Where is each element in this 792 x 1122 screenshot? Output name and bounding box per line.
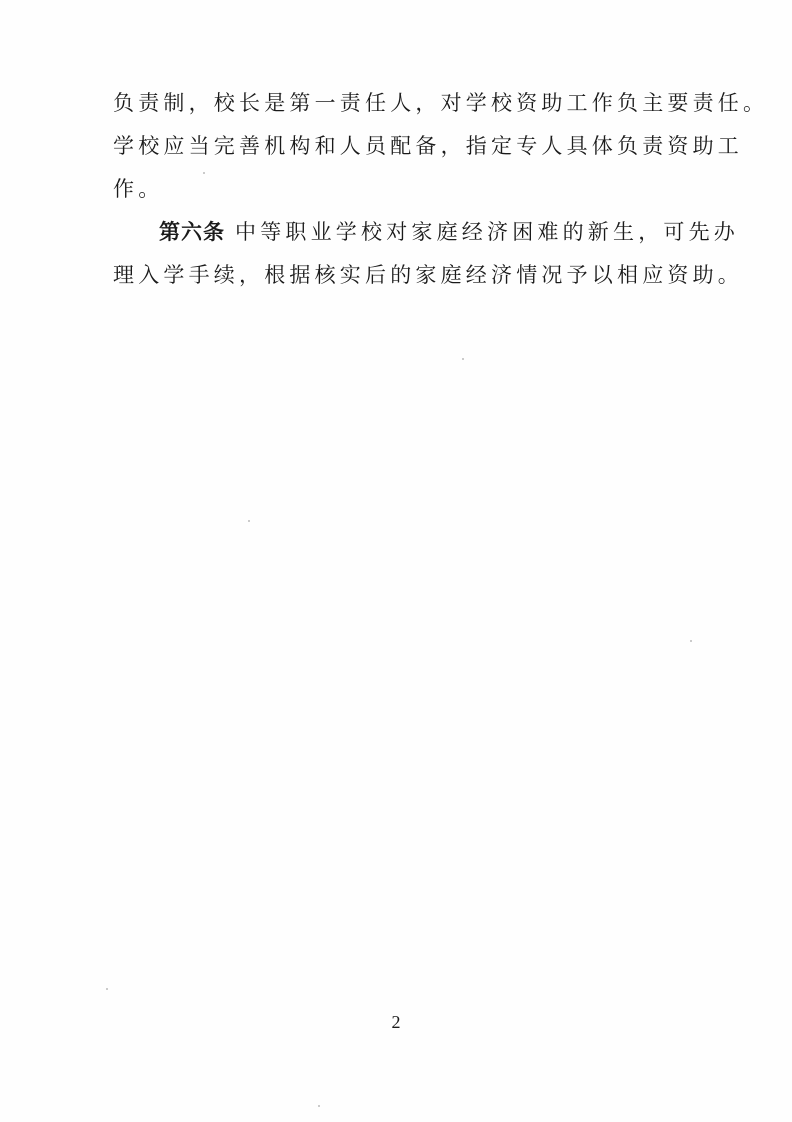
scan-speck — [248, 520, 250, 522]
page-number: 2 — [0, 1012, 792, 1033]
article-6-text: 中等职业学校对家庭经济困难的新生，可先办 — [235, 220, 739, 244]
document-body: 负责制，校长是第一责任人，对学校资助工作负主要责任。 学校应当完善机构和人员配备… — [113, 82, 683, 297]
scan-speck — [318, 1105, 320, 1107]
article-6-first-line: 第六条中等职业学校对家庭经济困难的新生，可先办 — [113, 211, 683, 254]
document-page: 负责制，校长是第一责任人，对学校资助工作负主要责任。 学校应当完善机构和人员配备… — [0, 0, 792, 1122]
scan-speck — [462, 358, 464, 360]
paragraph-line: 理入学手续，根据核实后的家庭经济情况予以相应资助。 — [113, 254, 683, 297]
paragraph-line: 负责制，校长是第一责任人，对学校资助工作负主要责任。 — [113, 82, 683, 125]
article-label: 第六条 — [159, 220, 225, 244]
scan-speck — [106, 988, 108, 990]
scan-speck — [690, 640, 692, 642]
scan-speck — [203, 172, 205, 174]
paragraph-line: 学校应当完善机构和人员配备，指定专人具体负责资助工 — [113, 125, 683, 168]
paragraph-line: 作。 — [113, 168, 683, 211]
